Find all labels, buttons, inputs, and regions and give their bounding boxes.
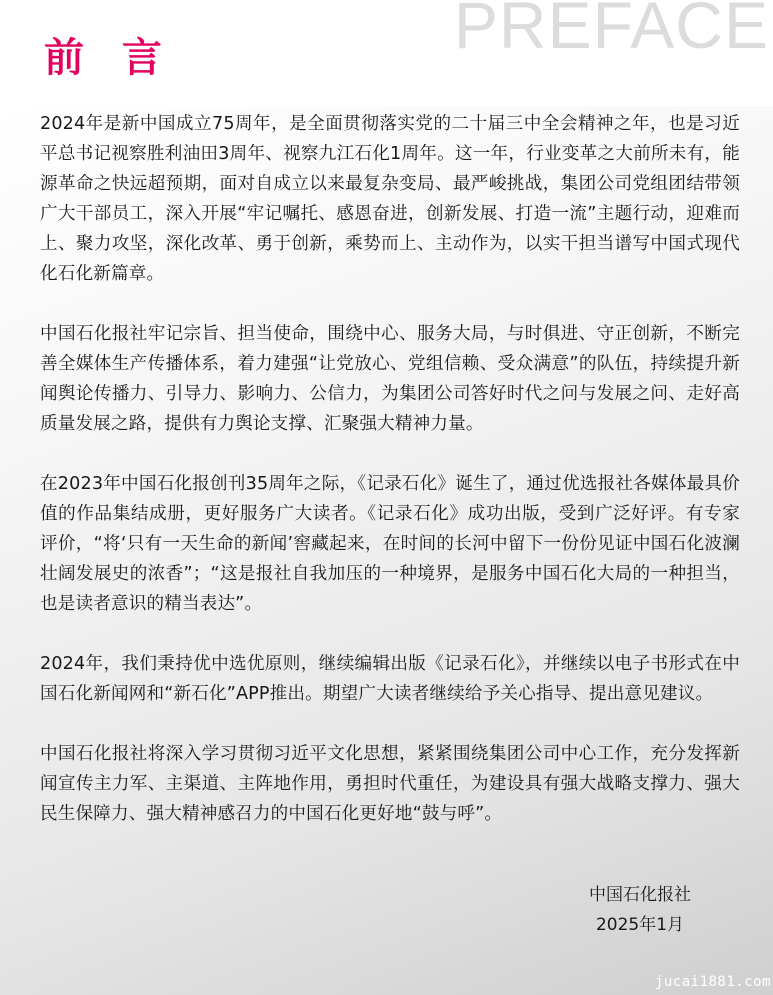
paragraph-5: 中国石化报社将深入学习贯彻习近平文化思想，紧紧围绕集团公司中心工作，充分发挥新闻…: [40, 739, 740, 829]
paragraph-4: 2024年，我们秉持优中选优原则，继续编辑出版《记录石化》，并继续以电子书形式在…: [40, 649, 740, 709]
paragraph-3: 在2023年中国石化报创刊35周年之际，《记录石化》诞生了，通过优选报社各媒体最…: [40, 469, 740, 619]
signature-organization: 中国石化报社: [560, 880, 720, 910]
page-title: 前 言: [44, 38, 174, 78]
paragraph-1: 2024年是新中国成立75周年，是全面贯彻落实党的二十届三中全会精神之年，也是习…: [40, 109, 740, 289]
signature-block: 中国石化报社 2025年1月: [560, 880, 720, 940]
paragraph-2: 中国石化报社牢记宗旨、担当使命，围绕中心、服务大局，与时俱进、守正创新，不断完善…: [40, 319, 740, 439]
preface-watermark: PREFACE: [454, 0, 769, 58]
page-header: PREFACE 前 言: [0, 0, 773, 106]
site-watermark: jucai1881.com: [655, 974, 771, 990]
preface-content: 2024年是新中国成立75周年，是全面贯彻落实党的二十届三中全会精神之年，也是习…: [40, 109, 740, 859]
signature-date: 2025年1月: [560, 910, 720, 940]
